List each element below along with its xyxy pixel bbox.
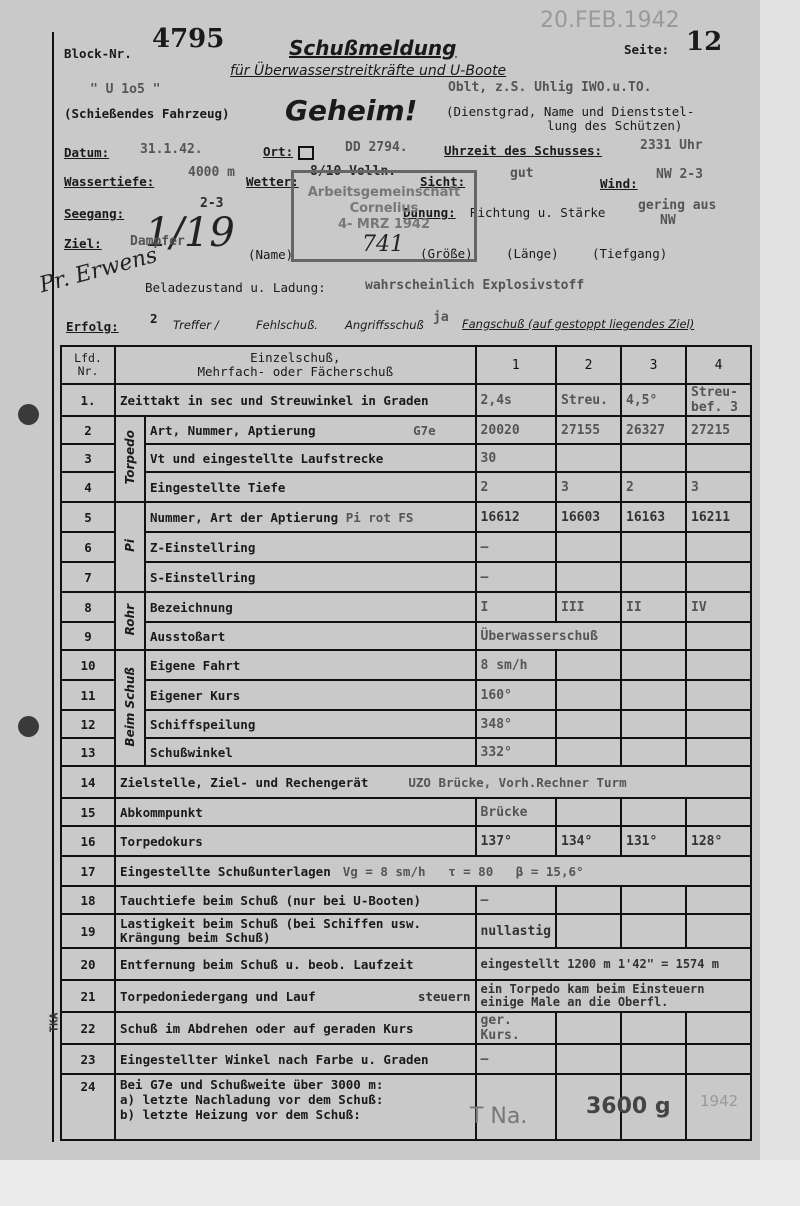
cell-value: Streu.: [556, 384, 621, 416]
row-nr: 16: [61, 826, 115, 856]
cell-value: 128°: [686, 826, 751, 856]
cell-value: [621, 532, 686, 562]
desc-header-line-1: Einzelschuß,: [120, 351, 471, 365]
cell-value: [556, 532, 621, 562]
page-number: 12: [686, 27, 722, 57]
table-row: 12 Schiffspeilung 348°: [61, 710, 751, 738]
cell-value: Streu-bef. 3: [686, 384, 751, 416]
classification-geheim: Geheim!: [285, 94, 417, 127]
row-nr: 2: [61, 416, 115, 444]
table-row: 2 Torpedo Art, Nummer, Aptierung G7e 200…: [61, 416, 751, 444]
ort-label: Ort:: [263, 144, 293, 159]
cell-value: 2: [621, 472, 686, 502]
row-label: Torpedoniedergang und Laufsteuern: [115, 980, 476, 1012]
group-torpedo-label: Torpedo: [123, 430, 137, 484]
group-beim-schuss-label: Beim Schuß: [123, 667, 137, 747]
cell-value: eingestellt 1200 m 1'42" = 1574 m: [476, 948, 751, 980]
cell-value: [621, 738, 686, 766]
cell-value: [556, 562, 621, 592]
table-row: 16 Torpedokurs 137° 134° 131° 128°: [61, 826, 751, 856]
footer-stamp-left: T Na.: [470, 1104, 527, 1129]
row-inline-value: UZO Brücke, Vorh.Rechner Turm: [408, 775, 626, 790]
cell-value: 3: [556, 472, 621, 502]
cell-value: [621, 914, 686, 948]
ladung-label: Beladezustand u. Ladung:: [145, 280, 326, 295]
page-label: Seite:: [624, 42, 669, 57]
table-row: 10 Beim Schuß Eigene Fahrt 8 sm/h: [61, 650, 751, 680]
row-label-text: Nummer, Art der Aptierung: [150, 510, 338, 525]
block-number: 4795: [152, 24, 224, 54]
cell-value: [556, 650, 621, 680]
table-row: 20 Entfernung beim Schuß u. beob. Laufze…: [61, 948, 751, 980]
table-row: 9 Ausstoßart Überwasserschuß: [61, 622, 751, 650]
cell-value: [686, 1044, 751, 1074]
table-row: 3 Vt und eingestellte Laufstrecke 30: [61, 444, 751, 472]
cell-value: [556, 914, 621, 948]
shooter-caption-1: (Dienstgrad, Name und Dienststel-: [446, 104, 694, 119]
cell-value: [686, 1012, 751, 1044]
row-nr: 23: [61, 1044, 115, 1074]
cell-value: ger. Kurs.: [476, 1012, 556, 1044]
row-label: Nummer, Art der Aptierung Pi rot FS: [145, 502, 476, 532]
cell-value: [686, 886, 751, 914]
row-label-text: Torpedoniedergang und Lauf: [120, 989, 316, 1004]
row-label: Entfernung beim Schuß u. beob. Laufzeit: [115, 948, 476, 980]
receipt-stamp: Arbeitsgemeinschaft Cornelius 4- MRZ 194…: [291, 170, 477, 262]
page-bottom-edge: [0, 1160, 800, 1206]
cell-value: 4,5°: [621, 384, 686, 416]
col-header-4: 4: [686, 346, 751, 384]
cell-value: [556, 444, 621, 472]
row-label: Ausstoßart: [145, 622, 476, 650]
row-nr: 14: [61, 766, 115, 798]
erfolg-label: Erfolg:: [66, 319, 119, 334]
cell-value: [621, 1044, 686, 1074]
table-row: 19 Lastigkeit beim Schuß (bei Schiffen u…: [61, 914, 751, 948]
table-row: 21 Torpedoniedergang und Laufsteuern ein…: [61, 980, 751, 1012]
shot-report-table: Lfd. Nr. Einzelschuß, Mehrfach- oder Fäc…: [60, 345, 752, 1141]
vessel-caption: (Schießendes Fahrzeug): [64, 106, 230, 121]
ort-value: DD 2794.: [345, 140, 408, 155]
angriffsschuss-value: ja: [433, 310, 449, 325]
cell-value: [621, 650, 686, 680]
table-row: 6 Z-Einstellring –: [61, 532, 751, 562]
shooter-caption-2: lung des Schützen): [547, 118, 682, 133]
row-nr: 9: [61, 622, 115, 650]
row-nr: 21: [61, 980, 115, 1012]
row-label: Eingestellte Tiefe: [145, 472, 476, 502]
cell-value: –: [476, 562, 556, 592]
row-nr: 12: [61, 710, 115, 738]
row-nr: 19: [61, 914, 115, 948]
cell-value: Überwasserschuß: [476, 622, 621, 650]
row-nr: 5: [61, 502, 115, 532]
row-label: Zielstelle, Ziel- und RechengerätUZO Brü…: [115, 766, 751, 798]
cell-value: [556, 680, 621, 710]
row-label: Z-Einstellring: [145, 532, 476, 562]
cell-value: [556, 798, 621, 826]
row-nr: 18: [61, 886, 115, 914]
wind-label: Wind:: [600, 176, 638, 191]
cell-value: Brücke: [476, 798, 556, 826]
cell-value: [621, 444, 686, 472]
row-nr: 6: [61, 532, 115, 562]
cell-value: [686, 532, 751, 562]
cell-value: 3: [686, 472, 751, 502]
cell-value: [556, 738, 621, 766]
cell-value: [621, 562, 686, 592]
wassertiefe-label: Wassertiefe:: [64, 174, 154, 189]
group-pi-label: Pi: [123, 539, 137, 552]
vessel-name: " U 1o5 ": [90, 82, 160, 97]
row-nr: 4: [61, 472, 115, 502]
cell-value: [556, 710, 621, 738]
cell-value: –: [476, 886, 556, 914]
row-nr: 15: [61, 798, 115, 826]
cell-value: 26327: [621, 416, 686, 444]
shooter-value: Oblt, z.S. Uhlig IWO.u.TO.: [448, 80, 652, 95]
row-label: Art, Nummer, Aptierung G7e: [145, 416, 476, 444]
margin-line: [52, 32, 54, 1142]
row-label: Bei G7e und Schußweite über 3000 m: a) l…: [115, 1074, 476, 1140]
received-stamp: 20.FEB.1942: [540, 8, 680, 33]
cell-value: 332°: [476, 738, 556, 766]
cell-value: [686, 914, 751, 948]
cell-value: IV: [686, 592, 751, 622]
row-nr: 24: [61, 1074, 115, 1140]
row-label: S-Einstellring: [145, 562, 476, 592]
cell-value: [621, 1012, 686, 1044]
stamp-line-2: Cornelius: [294, 201, 474, 217]
row-label: Eingestellter Winkel nach Farbe u. Grade…: [115, 1044, 476, 1074]
table-row: 23 Eingestellter Winkel nach Farbe u. Gr…: [61, 1044, 751, 1074]
ziel-tiefgang-caption: (Tiefgang): [592, 246, 667, 261]
block-label: Block-Nr.: [64, 46, 132, 61]
table-row: 22 Schuß im Abdrehen oder auf geraden Ku…: [61, 1012, 751, 1044]
group-torpedo: Torpedo: [115, 416, 145, 502]
cell-value: 160°: [476, 680, 556, 710]
punch-hole-icon: [18, 404, 39, 425]
cell-value: 20020: [476, 416, 556, 444]
cell-value: II: [621, 592, 686, 622]
cell-value: [686, 680, 751, 710]
fehlschuss-label: Fehlschuß.: [256, 318, 318, 332]
row-label-line-1: Bei G7e und Schußweite über 3000 m:: [120, 1077, 471, 1092]
cell-value: ein Torpedo kam beim Einsteuern einige M…: [476, 980, 751, 1012]
duenung-value-2: NW: [660, 213, 676, 228]
datum-value: 31.1.42.: [140, 142, 203, 157]
uhrzeit-value: 2331 Uhr: [640, 138, 703, 153]
cell-value: 16603: [556, 502, 621, 532]
angriffsschuss-label: Angriffsschuß: [345, 318, 424, 332]
row-label: Schuß im Abdrehen oder auf geraden Kurs: [115, 1012, 476, 1044]
cell-value: 131°: [621, 826, 686, 856]
cell-value: [686, 562, 751, 592]
cell-value: 30: [476, 444, 556, 472]
row-nr: 17: [61, 856, 115, 886]
cell-value: –: [476, 532, 556, 562]
table-row: 5 Pi Nummer, Art der Aptierung Pi rot FS…: [61, 502, 751, 532]
cell-value: 8 sm/h: [476, 650, 556, 680]
table-row: 4 Eingestellte Tiefe 2 3 2 3: [61, 472, 751, 502]
cell-value: [686, 738, 751, 766]
table-row: 13 Schußwinkel 332°: [61, 738, 751, 766]
row-label-text: Art, Nummer, Aptierung: [150, 423, 316, 438]
group-pi: Pi: [115, 502, 145, 592]
row-label: Schußwinkel: [145, 738, 476, 766]
treffer-value: 2: [150, 311, 158, 326]
row-inline-value: Pi rot FS: [346, 510, 414, 525]
desc-header: Einzelschuß, Mehrfach- oder Fächerschuß: [115, 346, 476, 384]
ziel-name-caption: (Name): [248, 247, 293, 262]
row-nr: 1.: [61, 384, 115, 416]
row-label: Eigene Fahrt: [145, 650, 476, 680]
footer-stamp-number: 3600 g: [586, 1094, 671, 1119]
table-row: 18 Tauchtiefe beim Schuß (nur bei U-Boot…: [61, 886, 751, 914]
col-header-3: 3: [621, 346, 686, 384]
page-edge: [760, 0, 800, 1206]
cell-value: 16612: [476, 502, 556, 532]
stamp-line-3: 4- MRZ 1942: [294, 217, 474, 233]
row-label-line-2: a) letzte Nachladung vor dem Schuß:: [120, 1092, 471, 1107]
row-label-text: Eingestellte Schußunterlagen: [120, 864, 331, 879]
ort-checkbox: [298, 146, 314, 160]
table-row: 15 Abkommpunkt Brücke: [61, 798, 751, 826]
row-label-text: Zielstelle, Ziel- und Rechengerät: [120, 775, 368, 790]
datum-label: Datum:: [64, 145, 109, 160]
cell-value: [686, 798, 751, 826]
stamp-line-1: Arbeitsgemeinschaft: [294, 185, 474, 201]
seegang-label: Seegang:: [64, 206, 124, 221]
table-row: 1. Zeittakt in sec und Streuwinkel in Gr…: [61, 384, 751, 416]
footer-stamp-year: 1942: [700, 1092, 738, 1110]
cell-value: [556, 1044, 621, 1074]
cell-value: [686, 622, 751, 650]
wassertiefe-value: 4000 m: [188, 165, 235, 180]
wind-value: NW 2-3: [656, 167, 703, 182]
fangschuss-label: Fangschuß (auf gestoppt liegendes Ziel): [462, 317, 694, 331]
row-label: Eingestellte SchußunterlagenVg = 8 sm/h …: [115, 856, 751, 886]
row-nr: 11: [61, 680, 115, 710]
nr-header: Lfd. Nr.: [61, 346, 115, 384]
desc-header-line-2: Mehrfach- oder Fächerschuß: [120, 365, 471, 379]
row-nr: 13: [61, 738, 115, 766]
row-nr: 10: [61, 650, 115, 680]
row-label: Lastigkeit beim Schuß (bei Schiffen usw.…: [115, 914, 476, 948]
cell-value: 16211: [686, 502, 751, 532]
row-label: Tauchtiefe beim Schuß (nur bei U-Booten): [115, 886, 476, 914]
form-title: Schußmeldung: [289, 36, 457, 60]
sicht-value: gut: [510, 166, 533, 181]
cell-value: 2: [476, 472, 556, 502]
row-label: Eigener Kurs: [145, 680, 476, 710]
row-label: Zeittakt in sec und Streuwinkel in Grade…: [115, 384, 476, 416]
cell-value: I: [476, 592, 556, 622]
group-beim-schuss: Beim Schuß: [115, 650, 145, 766]
row-label: Vt und eingestellte Laufstrecke: [145, 444, 476, 472]
cell-value: 16163: [621, 502, 686, 532]
table-row: 8 Rohr Bezeichnung I III II IV: [61, 592, 751, 622]
col-header-1: 1: [476, 346, 556, 384]
cell-value: nullastig: [476, 914, 556, 948]
group-rohr-label: Rohr: [123, 604, 137, 635]
cell-value: [621, 622, 686, 650]
cell-value: [556, 886, 621, 914]
row-nr: 3: [61, 444, 115, 472]
row-inline-value: steuern: [418, 989, 471, 1004]
cell-value: [621, 680, 686, 710]
cell-value: [621, 798, 686, 826]
row-label-line-3: b) letzte Heizung vor dem Schuß:: [120, 1107, 471, 1122]
row-nr: 7: [61, 562, 115, 592]
row-label: Bezeichnung: [145, 592, 476, 622]
table-header-row: Lfd. Nr. Einzelschuß, Mehrfach- oder Fäc…: [61, 346, 751, 384]
table-row: 17 Eingestellte SchußunterlagenVg = 8 sm…: [61, 856, 751, 886]
cell-value: [686, 710, 751, 738]
table-row: 14 Zielstelle, Ziel- und RechengerätUZO …: [61, 766, 751, 798]
cell-value: 348°: [476, 710, 556, 738]
cell-value: III: [556, 592, 621, 622]
row-nr: 20: [61, 948, 115, 980]
cell-value: [686, 650, 751, 680]
cell-value: 134°: [556, 826, 621, 856]
cell-value: 137°: [476, 826, 556, 856]
row-inline-value: G7e: [413, 423, 436, 438]
duenung-value-1: gering aus: [638, 198, 716, 213]
cell-value: [556, 1012, 621, 1044]
cell-value: [621, 886, 686, 914]
cell-value: 27155: [556, 416, 621, 444]
row-label: Schiffspeilung: [145, 710, 476, 738]
duenung-caption: Richtung u. Stärke: [470, 205, 605, 220]
table-row: 7 S-Einstellring –: [61, 562, 751, 592]
cell-value: [686, 444, 751, 472]
punch-hole-icon: [18, 716, 39, 737]
cell-value: –: [476, 1044, 556, 1074]
ziel-label: Ziel:: [64, 236, 102, 251]
cell-value: 27215: [686, 416, 751, 444]
row-inline-value: Vg = 8 sm/h τ = 80 β = 15,6°: [343, 864, 584, 879]
group-rohr: Rohr: [115, 592, 145, 650]
uhrzeit-label: Uhrzeit des Schusses:: [444, 143, 602, 158]
col-header-2: 2: [556, 346, 621, 384]
ziel-laenge-caption: (Länge): [506, 246, 559, 261]
row-nr: 8: [61, 592, 115, 622]
ladung-value: wahrscheinlich Explosivstoff: [365, 278, 584, 293]
seegang-value: 2-3: [200, 196, 223, 211]
row-label: Abkommpunkt: [115, 798, 476, 826]
treffer-label: Treffer /: [173, 318, 219, 332]
row-label: Torpedokurs: [115, 826, 476, 856]
cell-value: 2,4s: [476, 384, 556, 416]
row-nr: 22: [61, 1012, 115, 1044]
handwritten-seegang-annotation: 1/19: [145, 210, 235, 256]
table-row: 11 Eigener Kurs 160°: [61, 680, 751, 710]
side-code: TKA: [47, 1013, 60, 1033]
cell-value: [621, 710, 686, 738]
form-subtitle: für Überwasserstreitkräfte und U-Boote: [230, 63, 506, 79]
